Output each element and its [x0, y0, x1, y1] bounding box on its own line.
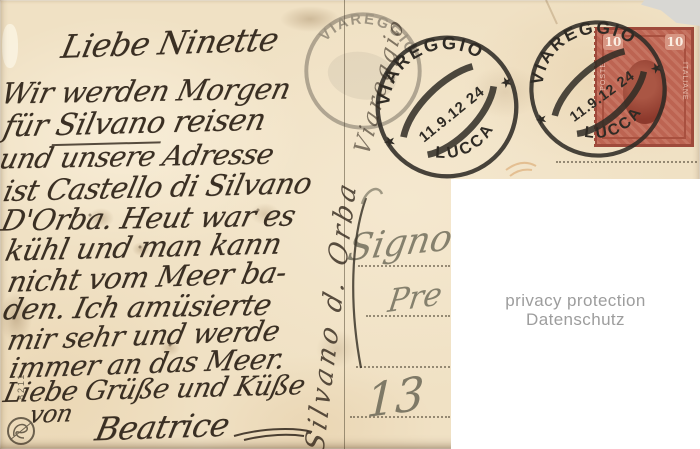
- privacy-overlay: privacy protection Datenschutz: [451, 179, 700, 449]
- privacy-text-de: Datenschutz: [526, 310, 625, 329]
- message-closing2: von: [27, 399, 75, 429]
- message-salutation: Liebe Ninette: [58, 20, 282, 66]
- pencil-hook-stroke: [362, 189, 382, 204]
- message-word: reisen: [170, 102, 269, 140]
- message-signature: Beatrice: [92, 406, 233, 449]
- stamp-denomination: 10: [665, 34, 685, 50]
- address-line2: Pre: [386, 276, 445, 321]
- privacy-text-en: privacy protection: [505, 291, 645, 310]
- faint-orange-scribble: [506, 163, 536, 176]
- vertical-annotation: Silvano d. Orba: [300, 176, 363, 449]
- signature-flourish: [244, 435, 304, 440]
- crease-mark: [546, 0, 557, 24]
- message-word: für: [0, 108, 51, 144]
- stamp-side-text: ITALIANE: [681, 62, 688, 101]
- postmark-star-icon: ★: [533, 110, 551, 130]
- address-house-number: 13: [365, 366, 425, 429]
- scan-corner-background: [641, 0, 700, 26]
- postcard-scan: Signor Pre 13 8211 Liebe Ninette Wir wer…: [0, 0, 700, 449]
- scan-light-patch: [2, 24, 18, 68]
